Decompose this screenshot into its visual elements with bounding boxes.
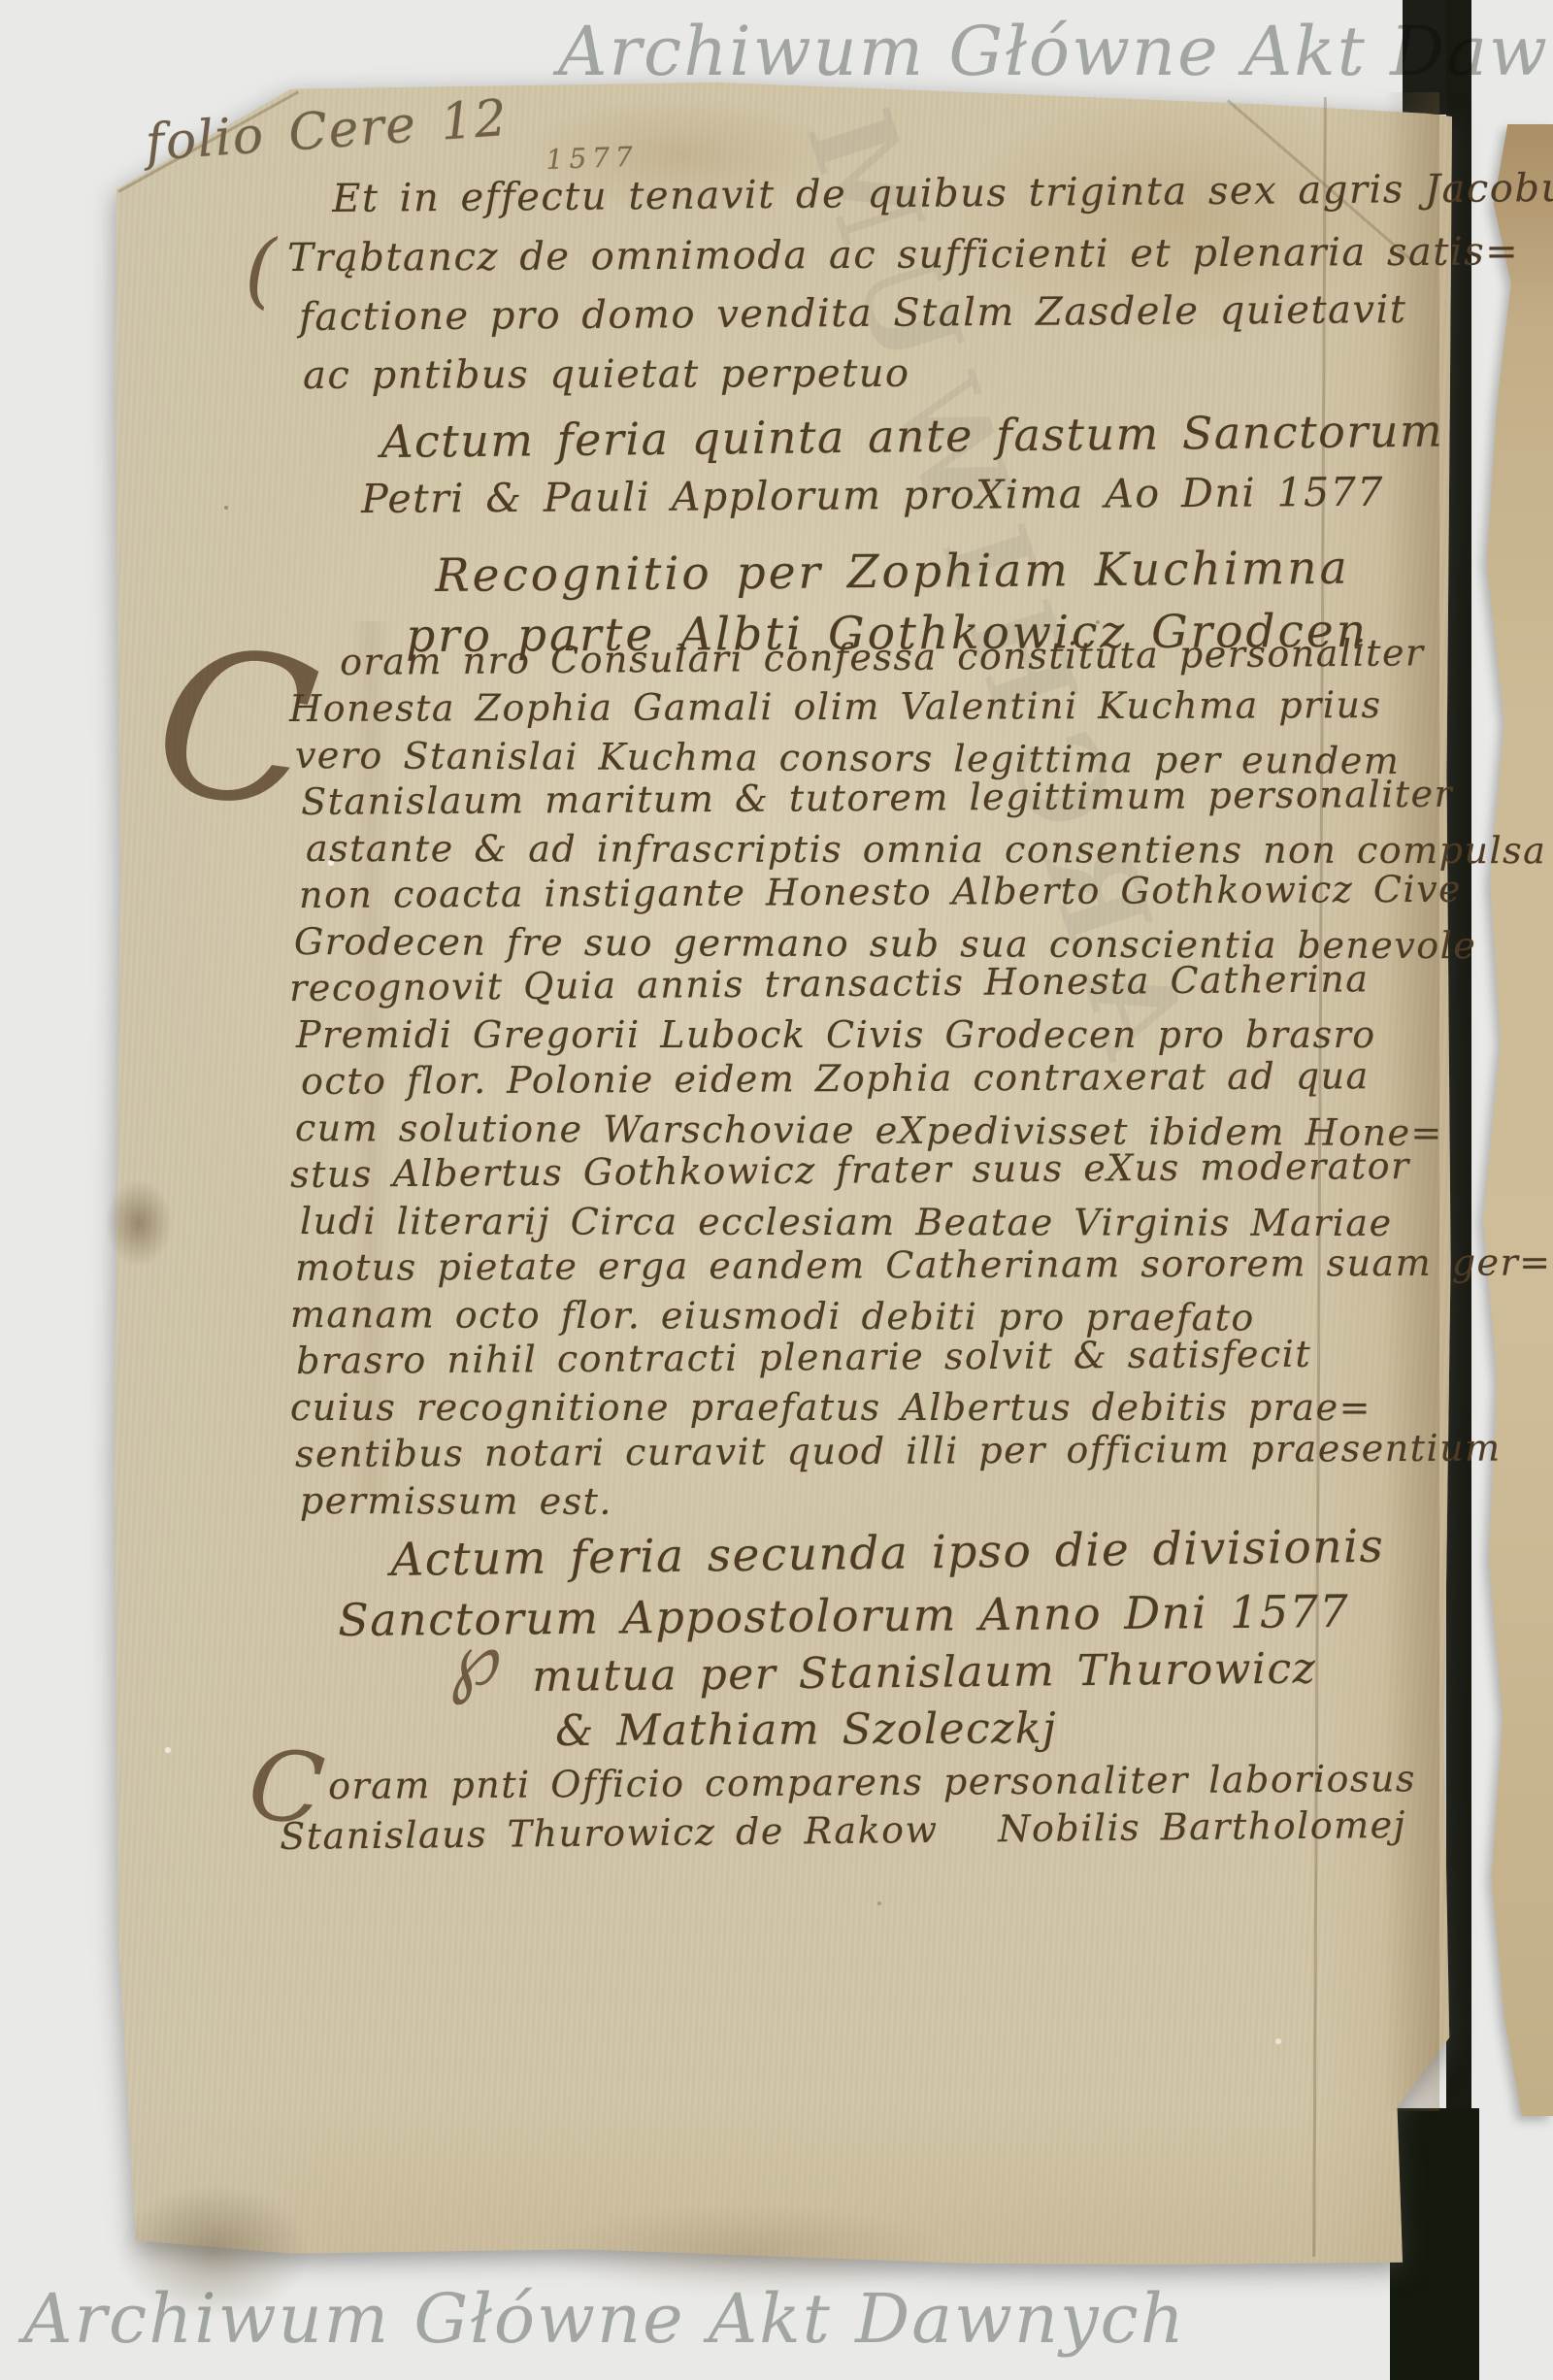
body-line: sentibus notari curavit quod illi per of… bbox=[295, 1426, 1502, 1475]
body-line: stus Albertus Gothkowicz frater suus eXu… bbox=[290, 1144, 1410, 1196]
closing-line: oram pnti Officio comparens personaliter… bbox=[328, 1757, 1416, 1807]
body-line: Stanislaum maritum & tutorem legittimum … bbox=[301, 773, 1453, 823]
body-line: ludi literarij Circa ecclesiam Beatae Vi… bbox=[300, 1200, 1393, 1244]
body-line: manam octo flor. eiusmodi debiti pro pra… bbox=[290, 1293, 1255, 1339]
body-line: permissum est. bbox=[300, 1479, 612, 1523]
body-line: cuius recognitione praefatus Albertus de… bbox=[290, 1386, 1371, 1429]
heading-line: & Mathiam Szoleczkj bbox=[555, 1703, 1057, 1756]
actum-line: Actum feria quinta ante fastum Sanctorum bbox=[380, 405, 1443, 468]
body-line: Premidi Gregorii Lubock Civis Grodecen p… bbox=[296, 1013, 1376, 1056]
body-line: motus pietate erga eandem Catherinam sor… bbox=[295, 1240, 1552, 1289]
entry1-line: Trąbtancz de omnimoda ac sufficienti et … bbox=[287, 229, 1519, 281]
flourish-paren: ( bbox=[245, 229, 277, 311]
entry1-line: factione pro domo vendita Stalm Zasdele … bbox=[299, 287, 1407, 340]
actum-line: Petri & Pauli Applorum proXima Ao Dni 15… bbox=[361, 469, 1384, 522]
facing-page-edge bbox=[1483, 124, 1553, 2116]
body-line: brasro nihil contracti plenarie solvit &… bbox=[296, 1333, 1311, 1382]
archive-watermark-top: Archiwum Główne Akt Dawnych bbox=[558, 12, 1553, 91]
scanned-manuscript: ARCHIWUM folio Cere 12 1577 ( Et in effe… bbox=[0, 0, 1553, 2380]
body-line: Honesta Zophia Gamali olim Valentini Kuc… bbox=[289, 683, 1382, 730]
heading-line: Recognitio per Zophiam Kuchimna bbox=[435, 542, 1350, 603]
facing-page-paper bbox=[1483, 124, 1553, 2116]
body-line: non coacta instigante Honesto Alberto Go… bbox=[299, 868, 1462, 916]
entry1-line: ac pntibus quietat perpetuo bbox=[303, 351, 910, 398]
heading-line: mutua per Stanislaum Thurowicz bbox=[532, 1644, 1317, 1702]
body-line: astante & ad infrascriptis omnia consent… bbox=[306, 827, 1546, 872]
paper-specks bbox=[0, 0, 2, 2]
year-annotation: 1577 bbox=[545, 141, 639, 176]
body-line: octo flor. Polonie eidem Zophia contraxe… bbox=[301, 1054, 1370, 1103]
archive-watermark-bottom: Archiwum Główne Akt Dawnych bbox=[23, 2279, 1186, 2359]
